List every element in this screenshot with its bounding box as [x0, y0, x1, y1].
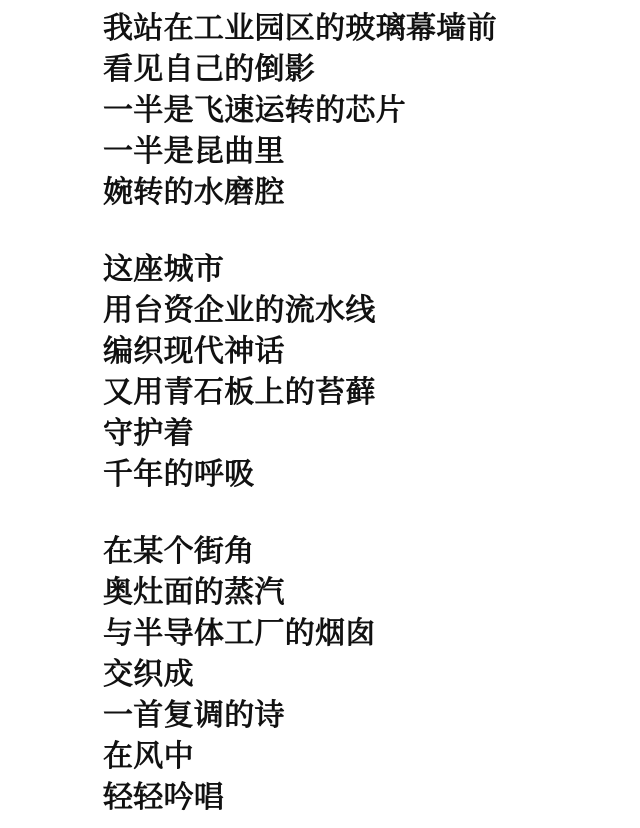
poem-line: 与半导体工厂的烟囱 — [103, 613, 620, 654]
poem-line: 编织现代神话 — [103, 331, 620, 372]
poem-line: 交织成 — [103, 654, 620, 695]
poem-line: 婉转的水磨腔 — [103, 172, 620, 213]
poem-line: 守护着 — [103, 413, 620, 454]
poem-line: 我站在工业园区的玻璃幕墙前 — [103, 8, 620, 49]
poem-line: 千年的呼吸 — [103, 454, 620, 495]
poem-line: 这座城市 — [103, 249, 620, 290]
poem-line: 看见自己的倒影 — [103, 49, 620, 90]
poem-line: 在某个街角 — [103, 531, 620, 572]
poem-line: 一首复调的诗 — [103, 695, 620, 736]
poem-line: 一半是飞速运转的芯片 — [103, 90, 620, 131]
poem-line: 用台资企业的流水线 — [103, 290, 620, 331]
poem-line: 奥灶面的蒸汽 — [103, 572, 620, 613]
poem-line: 一半是昆曲里 — [103, 131, 620, 172]
poem-stanza-2: 这座城市 用台资企业的流水线 编织现代神话 又用青石板上的苔藓 守护着 千年的呼… — [103, 249, 620, 495]
poem-stanza-1: 我站在工业园区的玻璃幕墙前 看见自己的倒影 一半是飞速运转的芯片 一半是昆曲里 … — [103, 8, 620, 213]
poem-line: 轻轻吟唱 — [103, 777, 620, 818]
poem-stanza-3: 在某个街角 奥灶面的蒸汽 与半导体工厂的烟囱 交织成 一首复调的诗 在风中 轻轻… — [103, 531, 620, 818]
poem-document: 我站在工业园区的玻璃幕墙前 看见自己的倒影 一半是飞速运转的芯片 一半是昆曲里 … — [0, 0, 640, 818]
poem-line: 又用青石板上的苔藓 — [103, 372, 620, 413]
poem-line: 在风中 — [103, 736, 620, 777]
